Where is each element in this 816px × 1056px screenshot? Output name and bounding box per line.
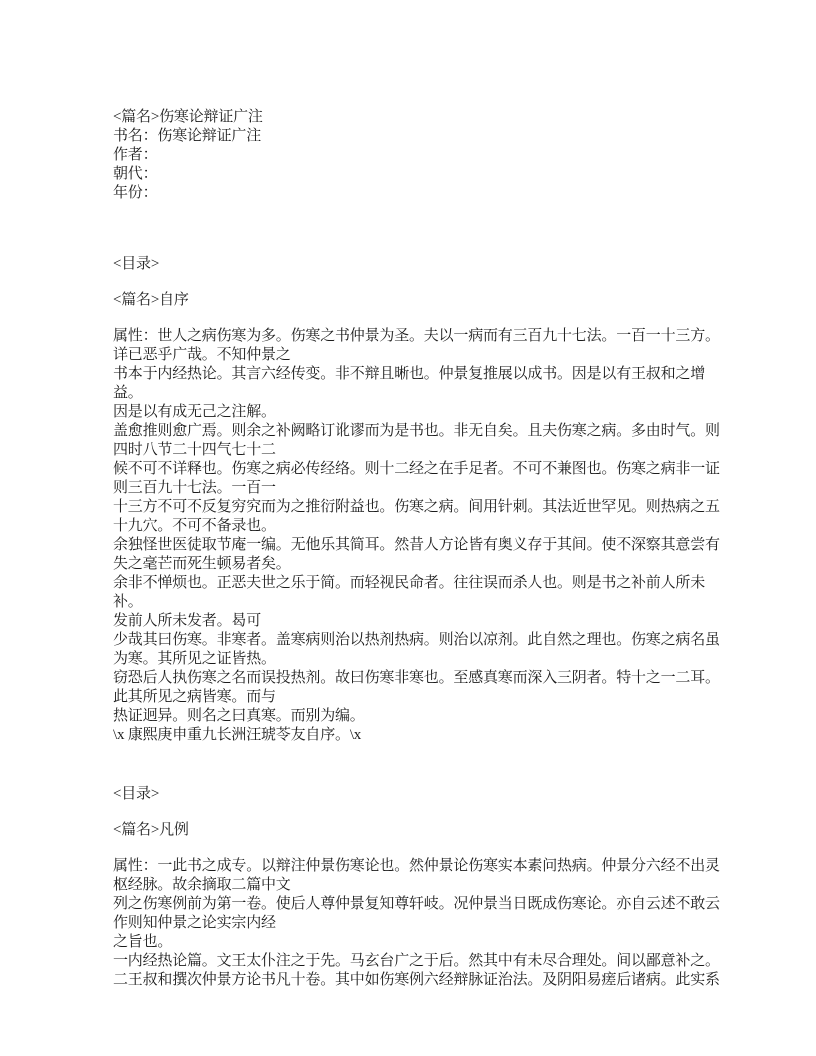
- text-line: 余独怪世医徒取节庵一编。无他乐其简耳。然昔人方论皆有奥义存于其间。使不深察其意尝…: [113, 536, 720, 555]
- text-line: \x 康熙庚申重九长洲汪琥苓友自序。\x: [113, 726, 720, 745]
- document-page: <篇名>伤寒论辩证广注书名：伤寒论辩证广注作者：朝代：年份： <目录> <篇名>…: [0, 0, 816, 1056]
- text-line: 属性：一此书之成专。以辩注仲景伤寒论也。然仲景论伤寒实本素问热病。仲景分六经不出…: [113, 857, 720, 876]
- section-body-fanli: 属性：一此书之成专。以辩注仲景伤寒论也。然仲景论伤寒实本素问热病。仲景分六经不出…: [113, 857, 720, 990]
- text-line: 详已恶乎广哉。不知仲景之: [113, 346, 720, 365]
- text-line: 为寒。其所见之证皆热。: [113, 650, 720, 669]
- toc-marker: <目录>: [113, 785, 720, 804]
- text-line: 朝代：: [113, 165, 720, 184]
- line-gap: [113, 310, 720, 327]
- section-title-fanli: <篇名>凡例: [113, 821, 720, 840]
- text-line: 作则知仲景之论实宗内经: [113, 914, 720, 933]
- text-line: 书本于内经热论。其言六经传变。非不辩且晰也。仲景复推展以成书。因是以有王叔和之增…: [113, 365, 720, 403]
- line-gap: [113, 840, 720, 857]
- text-line: 属性：世人之病伤寒为多。伤寒之书仲景为圣。夫以一病而有三百九十七法。一百一十三方…: [113, 327, 720, 346]
- text-line: 十三方不可不反复穷究而为之推衍附益也。伤寒之病。间用针刺。其法近世罕见。则热病之…: [113, 498, 720, 517]
- section-fanli: <目录> <篇名>凡例 属性：一此书之成专。以辩注仲景伤寒论也。然仲景论伤寒实本…: [113, 785, 720, 990]
- text-line: 失之毫芒而死生顿易者矣。: [113, 555, 720, 574]
- section-body-preface: 属性：世人之病伤寒为多。伤寒之书仲景为圣。夫以一病而有三百九十七法。一百一十三方…: [113, 327, 720, 745]
- text-line: <篇名>伤寒论辩证广注: [113, 108, 720, 127]
- text-line: 十九穴。不可不备录也。: [113, 517, 720, 536]
- section-title-preface: <篇名>自序: [113, 291, 720, 310]
- text-line: 书名：伤寒论辩证广注: [113, 127, 720, 146]
- text-line: 之旨也。: [113, 933, 720, 952]
- text-line: 热证迥异。则名之曰真寒。而别为编。: [113, 707, 720, 726]
- text-line: 因是以有成无己之注解。: [113, 403, 720, 422]
- text-line: 此其所见之病皆寒。而与: [113, 688, 720, 707]
- text-line: 盖愈推则愈广焉。则余之补阙略订讹谬而为是书也。非无自矣。且夫伤寒之病。多由时气。…: [113, 422, 720, 441]
- text-line: 二王叔和撰次仲景方论书凡十卷。其中如伤寒例六经辩脉证治法。及阴阳易瘥后诸病。此实…: [113, 971, 720, 990]
- text-line: 候不可不详释也。伤寒之病必传经络。则十二经之在手足者。不可不兼图也。伤寒之病非一…: [113, 460, 720, 479]
- section-gap: [113, 203, 720, 255]
- text-line: 窃恐后人执伤寒之名而误投热剂。故曰伤寒非寒也。至感真寒而深入三阴者。特十之一二耳…: [113, 669, 720, 688]
- text-line: 年份：: [113, 184, 720, 203]
- text-line: 作者：: [113, 146, 720, 165]
- doc-header: <篇名>伤寒论辩证广注书名：伤寒论辩证广注作者：朝代：年份：: [113, 108, 720, 203]
- toc-marker: <目录>: [113, 255, 720, 274]
- text-line: 四时八节二十四气七十二: [113, 441, 720, 460]
- text-line: 发前人所未发者。曷可: [113, 612, 720, 631]
- text-line: 一内经热论篇。文王太仆注之于先。马玄台广之于后。然其中有未尽合理处。间以鄙意补之…: [113, 952, 720, 971]
- text-line: 枢经脉。故余摘取二篇中文: [113, 876, 720, 895]
- text-line: 少哉其曰伤寒。非寒者。盖寒病则治以热剂热病。则治以凉剂。此自然之理也。伤寒之病名…: [113, 631, 720, 650]
- section-gap: [113, 745, 720, 785]
- text-line: 则三百九十七法。一百一: [113, 479, 720, 498]
- line-gap: [113, 804, 720, 821]
- text-line: 余非不惮烦也。正恶夫世之乐于简。而轻视民命者。往往误而杀人也。则是书之补前人所未…: [113, 574, 720, 612]
- line-gap: [113, 274, 720, 291]
- section-preface: <目录> <篇名>自序 属性：世人之病伤寒为多。伤寒之书仲景为圣。夫以一病而有三…: [113, 255, 720, 745]
- text-line: 列之伤寒例前为第一卷。使后人尊仲景复知尊轩岐。况仲景当日既成伤寒论。亦自云述不敢…: [113, 895, 720, 914]
